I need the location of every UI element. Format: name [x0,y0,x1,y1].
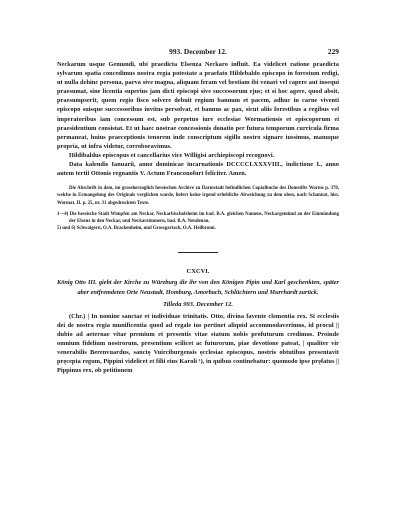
footnote: 1—4) Die hessische Stadt Wimpfen am Neck… [57,211,339,225]
document-page: 993. December 12. 229 Neckarum usque Gem… [57,46,339,375]
document-regest: König Otto III. giebt der Kirche zu Würz… [57,278,339,296]
document-text: (Chr.) | In nomine sanctae et individuae… [57,312,339,376]
place-date-line: Tilleda 993. December 12. [57,300,339,310]
page-number: 229 [319,46,339,57]
editorial-notes: Die Abschrift in dem, im grossherzoglich… [57,185,339,232]
footnote: 5) und 6) Schwaigern, O.A. Brackenheim, … [57,225,339,232]
running-head-date: 993. December 12. [57,46,319,57]
previous-document-text: Neckarum usque Gemundi, ubi praedicta El… [57,60,339,178]
charter-body-paragraph: Neckarum usque Gemundi, ubi praedicta El… [57,60,339,151]
document-number: CXCVI. [57,267,339,277]
source-note: Die Abschrift in dem, im grossherzoglich… [57,185,339,207]
charter-opening: (Chr.) | In nomine sanctae et individuae… [57,312,339,376]
section-divider [178,252,218,253]
recognition-line: Hildibaldus episcopus et cancellarius vi… [57,151,339,160]
dating-clause: Data kalendis Ianuarii, anno dominicae i… [57,160,339,178]
running-head: 993. December 12. 229 [57,46,339,57]
